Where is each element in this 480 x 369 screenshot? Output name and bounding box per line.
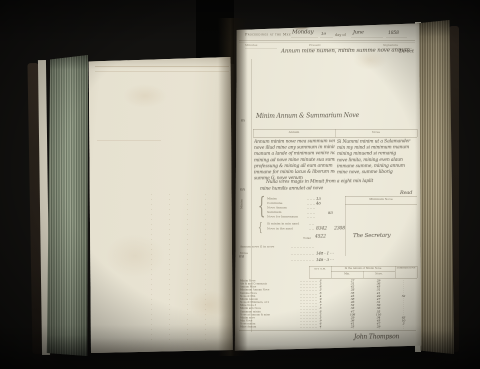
page-edges-right (417, 20, 454, 354)
handwritten-weekday: Monday (292, 28, 314, 35)
left-page-blank (85, 54, 235, 356)
summary-row-value: 148 - 3 - - (316, 257, 334, 262)
bleedthrough-column (205, 190, 206, 340)
opening-line-end-word: Direct (399, 48, 414, 54)
table-border (417, 266, 418, 278)
table-cell-value: 4 (315, 325, 326, 329)
group1-sum: 83 (328, 210, 333, 215)
bleedthrough-line (97, 140, 161, 141)
tally-row-label: Si minim in min sand (267, 222, 309, 226)
dot-leader (307, 218, 315, 219)
dot-leader (307, 209, 315, 210)
entry-heading: Minim Annum & Summarium Nove (256, 112, 359, 120)
summary-row-value: 148 - 1 - - (316, 251, 334, 256)
fill-in-rule (291, 37, 318, 38)
table-col-header: At 6 A.M. (309, 268, 331, 277)
page-edge-shading (85, 54, 235, 356)
dot-leader (309, 230, 315, 231)
tally-row-label: Commune (267, 202, 307, 206)
tally-row-label: Minim (267, 197, 307, 201)
table-bottom-rule (239, 330, 416, 331)
fill-in-rule (351, 37, 383, 38)
tally-row-value: 46 (316, 201, 321, 206)
tally-row-label: Nove Annum (267, 206, 307, 210)
table-cell-value: 3 (398, 322, 409, 326)
foxing-stain (105, 234, 165, 278)
total-label: Total (303, 237, 311, 241)
handwriting-line: immane for minim lacus & liborum mei (254, 169, 335, 175)
handwriting-line: immane summe, mining annum (337, 163, 416, 169)
subheading-rule (245, 49, 277, 50)
year-numeral: 1858 (388, 30, 399, 35)
handwritten-month: June (353, 29, 364, 35)
handwriting-line: Annum minim nove mea summum venire (254, 139, 335, 145)
column-1-header: Annum (253, 131, 335, 135)
table-cell-value: 52 (398, 294, 409, 298)
handwriting-line: min my mind si minimum manum (337, 145, 416, 151)
handwritten-day-number: 19 (321, 31, 326, 36)
fill-in-rule (386, 37, 407, 38)
table-subcol-header: Min. (331, 273, 363, 276)
bracket-glyph: { (258, 192, 265, 219)
clerk-signature: John Thompson (354, 333, 399, 340)
header-rule (239, 41, 415, 42)
bleedthrough-line (95, 71, 229, 72)
printed-day-of: day of (335, 33, 346, 37)
column-box-border (417, 129, 418, 137)
remarks-box-border (345, 196, 346, 256)
handwriting-line: mining ad nove mine minute sua summum (254, 157, 335, 163)
handwriting-line: professung & mining all eum annum (254, 163, 335, 169)
remarks-box-header: Minimum Nove (345, 198, 417, 202)
column-box-bottom-rule (253, 137, 417, 138)
table-cell-value: 25 (347, 325, 358, 329)
gutter-shadow (218, 18, 248, 356)
bleedthrough-column (169, 190, 170, 340)
dot-leader (307, 213, 315, 214)
right-page: Proceedings at the Meeting Monday 19 day… (233, 20, 423, 354)
read-mark: Read (400, 190, 412, 196)
fill-in-rule (320, 37, 333, 38)
dot-leader (307, 204, 315, 205)
total-value: 4522 (315, 234, 326, 239)
foxing-stain (123, 84, 167, 108)
bracket-glyph: { (258, 220, 263, 234)
tally-row-label: Nove for Immensum (267, 215, 307, 219)
handwriting-line: Si Nummi minim ut a Salamander (337, 139, 416, 145)
bleedthrough-line (95, 66, 229, 67)
table-cell-value: 29 (373, 325, 384, 329)
table-row-label: Mine Annum (240, 326, 299, 329)
bleedthrough-column (187, 190, 188, 340)
dot-leader (309, 225, 315, 226)
bleedthrough-column (151, 190, 152, 340)
dot-leader (291, 254, 315, 255)
dot-leader (291, 261, 315, 262)
handwriting-line: mine nove, summe liborig (337, 169, 416, 175)
dot-leader (291, 248, 315, 249)
handwriting-line: manum a lande of minimum venire nove (254, 151, 335, 157)
tally-row-value: 8342 2308 (316, 226, 345, 231)
handwriting-line: summe G. nove venum (254, 175, 335, 181)
page-edges-left (46, 55, 88, 356)
dot-leader (307, 200, 315, 201)
tally-row-label: Summum (267, 211, 307, 215)
photograph-of-open-ledger: Proceedings at the Meeting Monday 19 day… (0, 0, 480, 369)
secretary-signature: The Secretary (353, 232, 391, 239)
right-page-content: Proceedings at the Meeting Monday 19 day… (233, 20, 421, 352)
handwriting-line: nove illud mine any summum in minimum (254, 145, 335, 151)
printed-subheading: Minutes (245, 44, 275, 48)
closing-line: mine humilis annulet ad nove (260, 186, 323, 192)
table-col-header: Summum nove (395, 267, 417, 277)
table-subcol-header: Nove. (363, 273, 395, 276)
printed-header-title: Proceedings at the Meeting (245, 33, 291, 37)
remarks-box-top-rule (345, 196, 417, 197)
remarks-box-bottom-rule (345, 204, 417, 205)
handwriting-line: nove limita, mining even alaun (337, 157, 416, 163)
tally-row-label: Nove in the sand (267, 227, 309, 231)
column-2-header: Nove (335, 131, 417, 135)
header-rule-2 (239, 42, 415, 43)
table-col-header: In the Annum of Minim Nove (331, 267, 395, 270)
opening-handwritten-line: Annum mine numen, minim summe nove annum (281, 46, 410, 54)
handwriting-line: mining minuend si remanig (337, 151, 416, 157)
